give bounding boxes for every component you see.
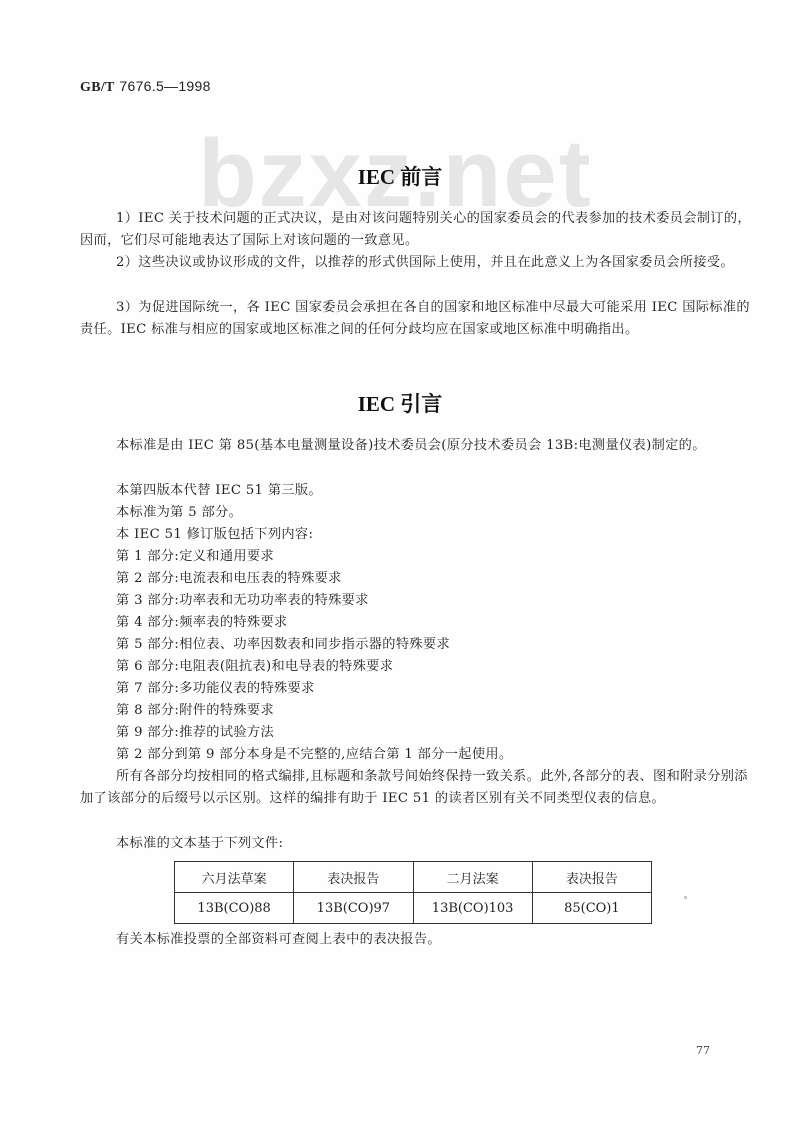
part-list-item: 第 7 部分:多功能仪表的特殊要求	[116, 678, 315, 700]
format-note: 所有各部分均按相同的格式编排,且标题和条款号间始终保持一致关系。此外,各部分的表…	[80, 766, 752, 809]
part-list-item: 第 6 部分:电阻表(阻抗表)和电导表的特殊要求	[116, 656, 393, 678]
table-cell: 13B(CO)97	[294, 893, 413, 924]
standard-number: 7676.5—1998	[119, 78, 210, 94]
table-header-cell: 二月法案	[413, 862, 532, 893]
table-header-row: 六月法草案 表决报告 二月法案 表决报告	[175, 862, 652, 893]
table-cell: 13B(CO)88	[175, 893, 294, 924]
introduction-title: IEC 引言	[0, 388, 800, 418]
table-cell: 13B(CO)103	[413, 893, 532, 924]
table-header-cell: 表决报告	[532, 862, 651, 893]
part-list-item: 第 9 部分:推荐的试验方法	[116, 722, 274, 744]
foreword-paragraph-3: 3）为促进国际统一，各 IEC 国家委员会承担在各自的国家和地区标准中尽最大可能…	[80, 297, 752, 340]
foreword-paragraph-1: 1）IEC 关于技术问题的正式决议，是由对该问题特别关心的国家委员会的代表参加的…	[80, 208, 752, 251]
table-row: 13B(CO)88 13B(CO)97 13B(CO)103 85(CO)1	[175, 893, 652, 924]
table-header-cell: 表决报告	[294, 862, 413, 893]
documents-table: 六月法草案 表决报告 二月法案 表决报告 13B(CO)88 13B(CO)97…	[174, 861, 652, 924]
scan-speck	[684, 896, 687, 899]
part-list-item: 第 4 部分:频率表的特殊要求	[116, 612, 288, 634]
incomplete-note: 第 2 部分到第 9 部分本身是不完整的,应结合第 1 部分一起使用。	[116, 744, 512, 766]
intro-part: 本标准为第 5 部分。	[116, 502, 242, 524]
table-cell: 85(CO)1	[532, 893, 651, 924]
part-list-item: 第 3 部分:功率表和无功功率表的特殊要求	[116, 590, 369, 612]
intro-contents-heading: 本 IEC 51 修订版包括下列内容:	[116, 524, 313, 546]
part-list-item: 第 2 部分:电流表和电压表的特殊要求	[116, 568, 342, 590]
voting-note: 有关本标准投票的全部资料可查阅上表中的表决报告。	[116, 929, 441, 951]
table-header-cell: 六月法草案	[175, 862, 294, 893]
part-list-item: 第 1 部分:定义和通用要求	[116, 546, 274, 568]
part-list-item: 第 5 部分:相位表、功率因数表和同步指示器的特殊要求	[116, 634, 450, 656]
page-number: 77	[696, 1044, 710, 1057]
foreword-title: IEC 前言	[0, 161, 800, 191]
document-page: bzxz.net GB/T 7676.5—1998 IEC 前言 1）IEC 关…	[0, 0, 800, 1129]
standard-prefix: GB/T	[80, 80, 115, 95]
standard-code: GB/T 7676.5—1998	[80, 78, 211, 96]
intro-origin: 本标准是由 IEC 第 85(基本电量测量设备)技术委员会(原分技术委员会 13…	[80, 435, 752, 457]
part-list-item: 第 8 部分:附件的特殊要求	[116, 700, 274, 722]
intro-edition: 本第四版本代替 IEC 51 第三版。	[116, 480, 322, 502]
foreword-paragraph-2: 2）这些决议或协议形成的文件，以推荐的形式供国际上使用，并且在此意义上为各国家委…	[80, 252, 752, 274]
based-on-label: 本标准的文本基于下列文件:	[116, 833, 283, 855]
